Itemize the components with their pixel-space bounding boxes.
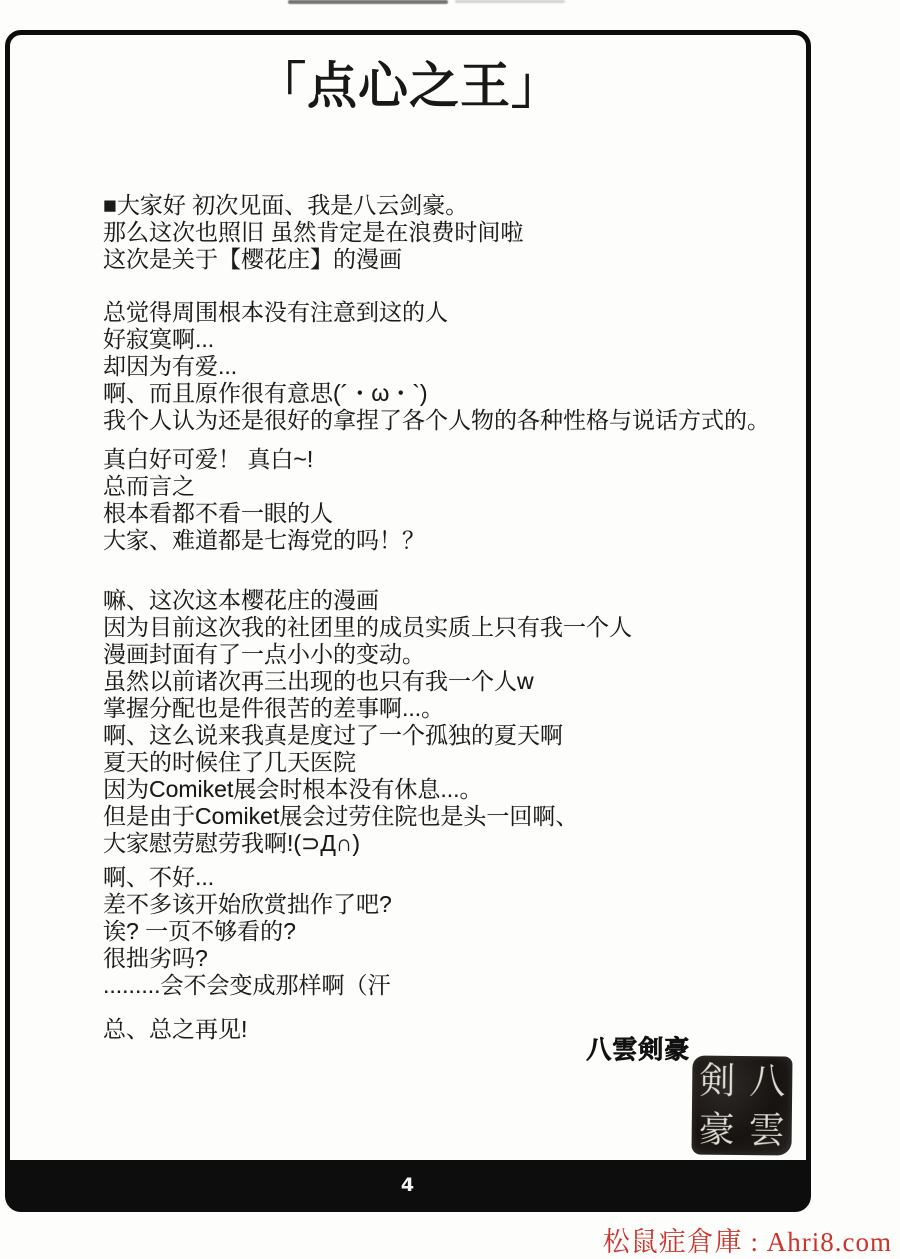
site-watermark: 松鼠症倉庫 : Ahri8.com [603, 1220, 892, 1259]
paragraph-circle-story: 嘛、这次这本樱花庄的漫画因为目前这次我的社团里的成员实质上只有我一个人漫画封面有… [103, 587, 803, 857]
seal-char-bottom-left: 豪 [691, 1105, 742, 1155]
seal-char-bottom-right: 雲 [741, 1106, 792, 1156]
paragraph-mashiro: 真白好可爱！ 真白~!总而言之根本看都不看一眼的人大家、难道都是七海党的吗！？ [103, 446, 803, 554]
text-line: 漫画封面有了一点小小的变动。 [103, 641, 803, 668]
text-line: 根本看都不看一眼的人 [103, 500, 803, 527]
text-line: 总、总之再见! [103, 1016, 803, 1043]
scan-artifact [288, 0, 448, 4]
page-title: 「点心之王」 [103, 54, 715, 118]
paragraph-greeting: ■大家好 初次见面、我是八云剑豪。那么这次也照旧 虽然肯定是在浪费时间啦这次是关… [103, 192, 803, 273]
text-line: 但是由于Comiket展会过劳住院也是头一回啊、 [103, 803, 803, 830]
text-line: 差不多该开始欣赏拙作了吧? [103, 891, 803, 918]
author-signature: 八雲剣豪 [586, 1030, 690, 1067]
author-seal-stamp: 剣 八 豪 雲 [691, 1055, 792, 1155]
text-line: 这次是关于【樱花庄】的漫画 [103, 246, 803, 273]
text-line: 嘛、这次这本樱花庄的漫画 [103, 587, 803, 614]
paragraph-closing-remarks: 啊、不好...差不多该开始欣赏拙作了吧?诶? 一页不够看的?很拙劣吗?.....… [103, 864, 803, 999]
seal-char-top-left: 剣 [692, 1055, 743, 1105]
text-line: .........会不会变成那样啊（汗 [103, 972, 803, 999]
text-line: 我个人认为还是很好的拿捏了各个人物的各种性格与说话方式的。 [103, 407, 803, 434]
text-line: 因为Comiket展会时根本没有休息...。 [103, 776, 803, 803]
page-number: 4 [401, 1174, 415, 1196]
text-line: 大家慰劳慰劳我啊!(⊃Д∩) [103, 830, 803, 857]
text-line: 啊、不好... [103, 864, 803, 891]
text-line: 总而言之 [103, 473, 803, 500]
text-line: 很拙劣吗? [103, 945, 803, 972]
scan-artifact [455, 0, 565, 3]
text-line: 却因为有爱... [103, 353, 803, 380]
text-line: 真白好可爱！ 真白~! [103, 446, 803, 473]
text-line: 总觉得周围根本没有注意到这的人 [103, 299, 803, 326]
text-line: 诶? 一页不够看的? [103, 918, 803, 945]
scanned-doujin-page: 4 「点心之王」 ■大家好 初次见面、我是八云剑豪。那么这次也照旧 虽然肯定是在… [0, 0, 900, 1259]
paragraph-lonely: 总觉得周围根本没有注意到这的人好寂寞啊...却因为有爱...啊、而且原作很有意思… [103, 299, 803, 434]
seal-char-top-right: 八 [742, 1056, 793, 1106]
text-line: 大家、难道都是七海党的吗！？ [103, 527, 803, 554]
text-line: ■大家好 初次见面、我是八云剑豪。 [103, 192, 803, 219]
text-line: 那么这次也照旧 虽然肯定是在浪费时间啦 [103, 219, 803, 246]
text-line: 啊、这么说来我真是度过了一个孤独的夏天啊 [103, 722, 803, 749]
paragraph-goodbye: 总、总之再见! [103, 1016, 803, 1043]
text-line: 好寂寞啊... [103, 326, 803, 353]
text-line: 掌握分配也是件很苦的差事啊...。 [103, 695, 803, 722]
text-line: 夏天的时候住了几天医院 [103, 749, 803, 776]
footer-band: 4 [8, 1160, 808, 1209]
text-line: 因为目前这次我的社团里的成员实质上只有我一个人 [103, 614, 803, 641]
text-line: 啊、而且原作很有意思(´・ω・`) [103, 380, 803, 407]
text-line: 虽然以前诸次再三出现的也只有我一个人w [103, 668, 803, 695]
